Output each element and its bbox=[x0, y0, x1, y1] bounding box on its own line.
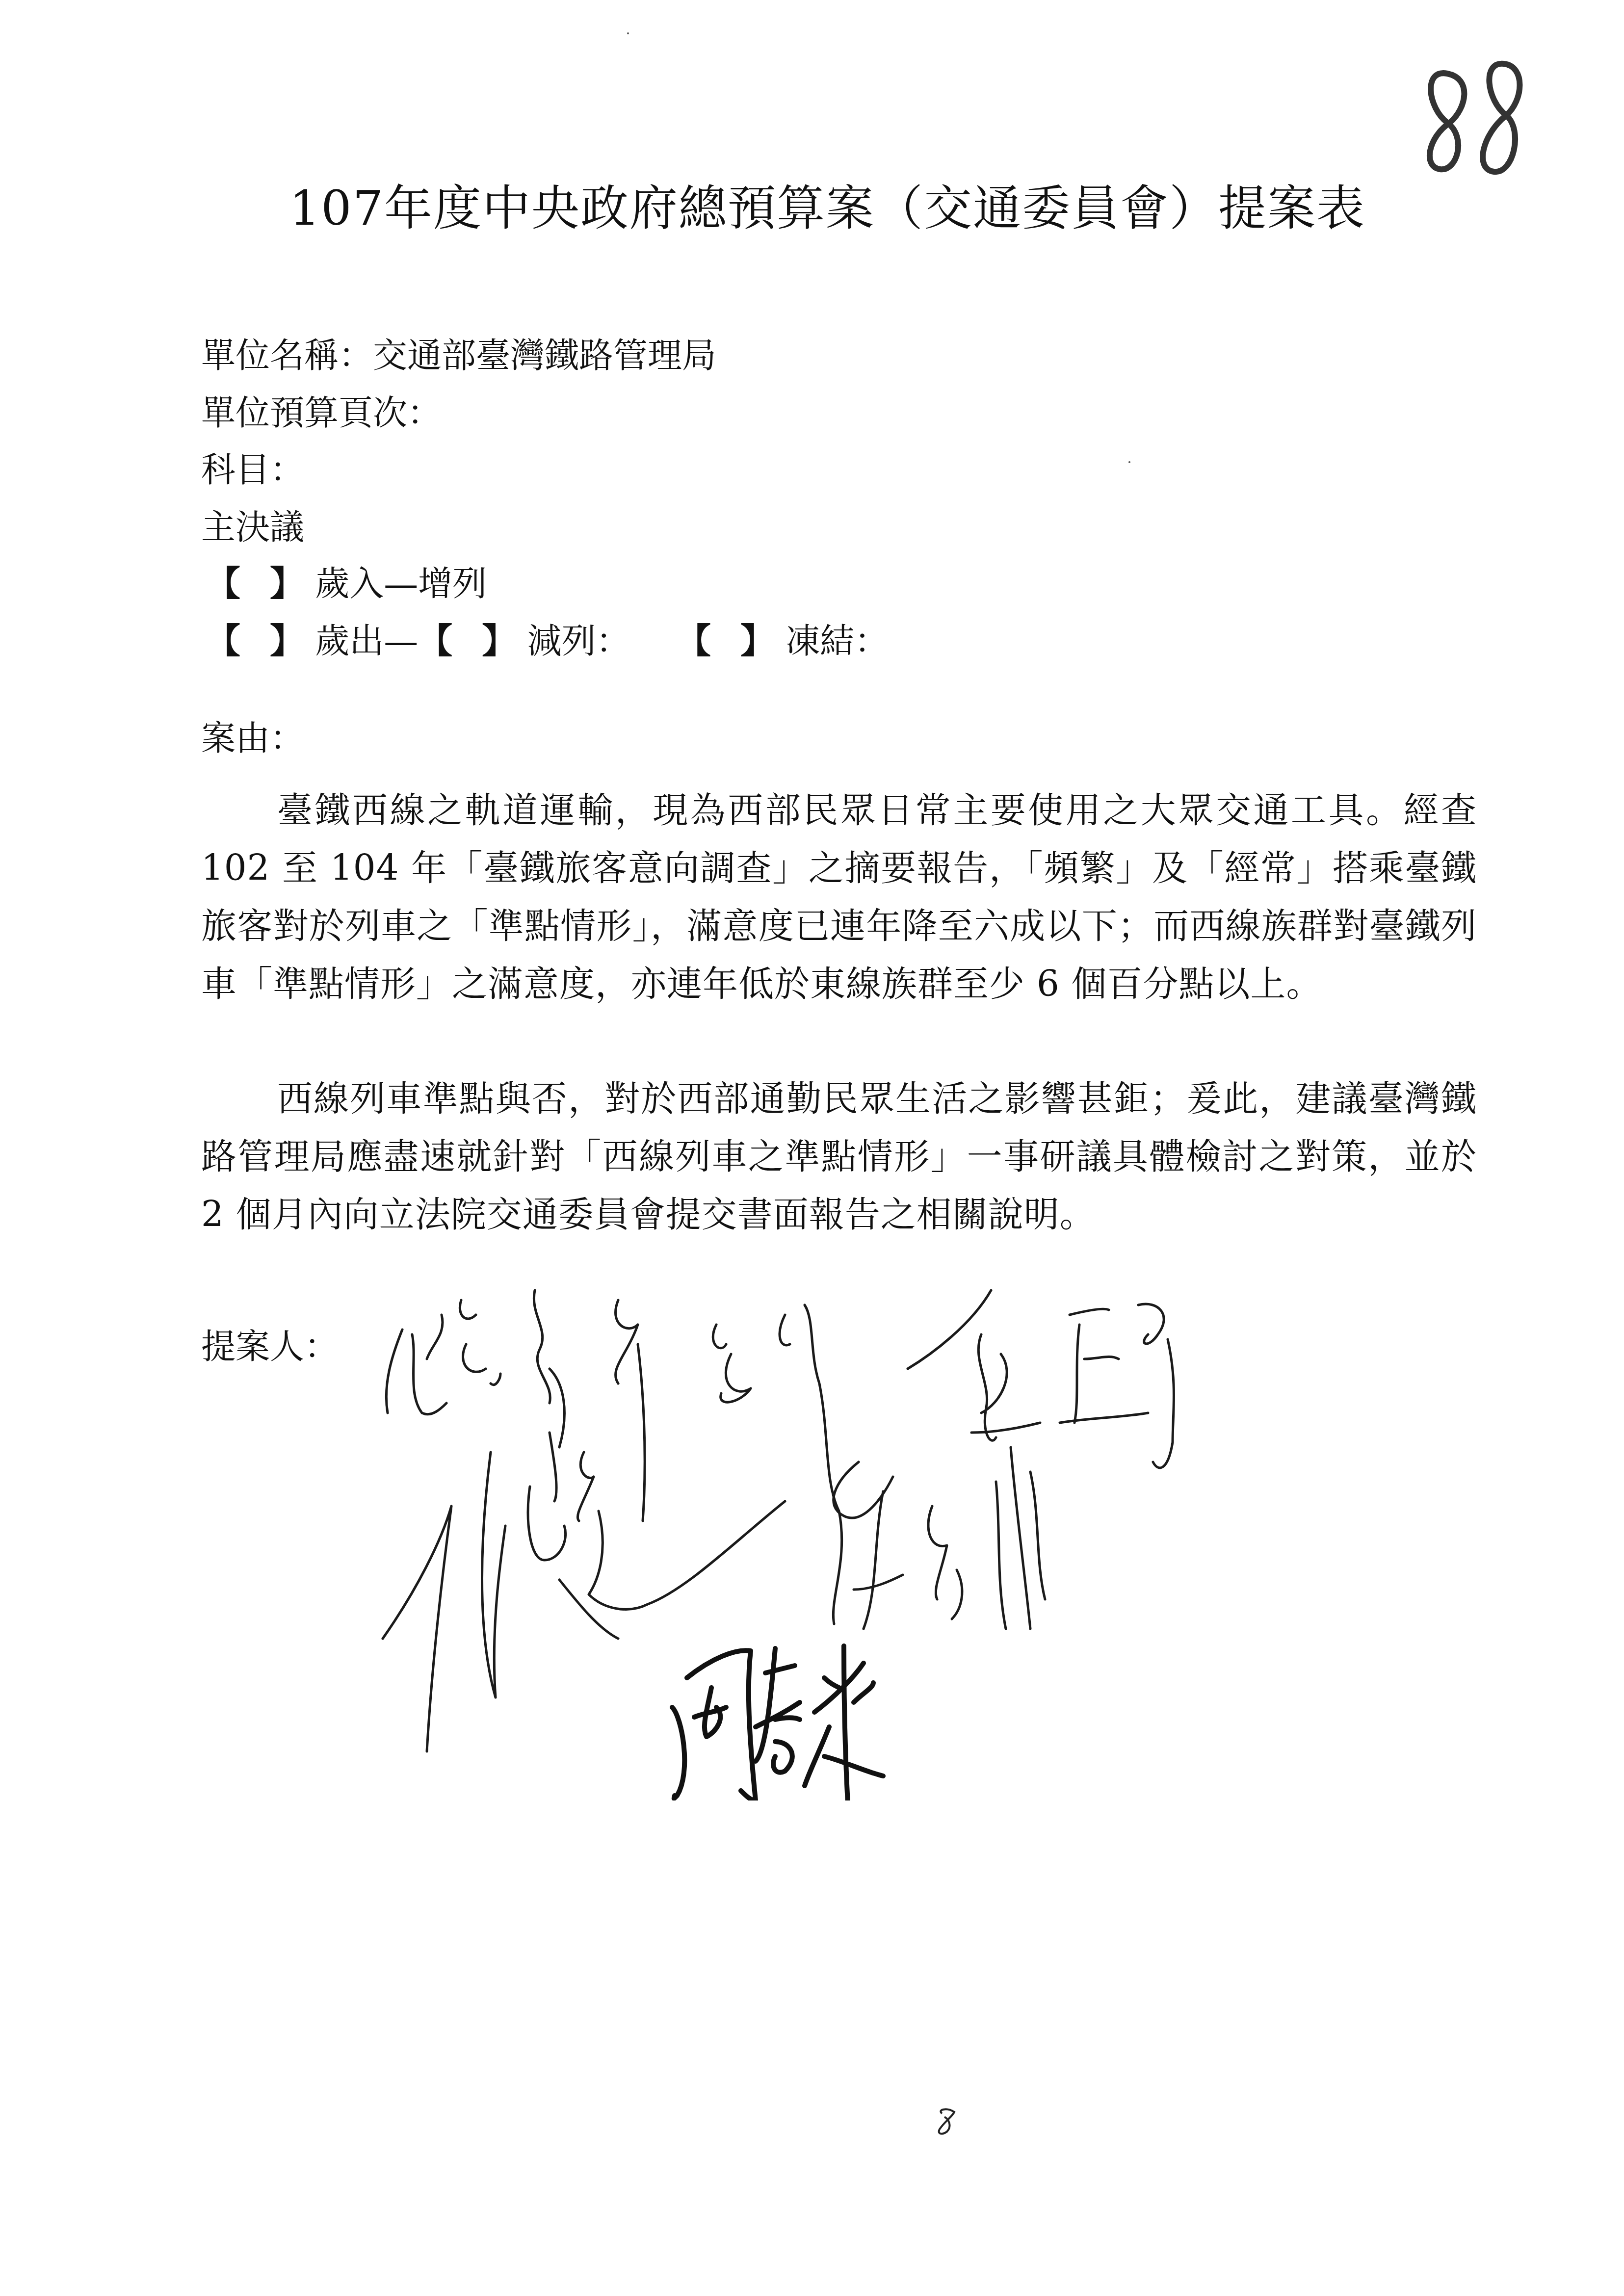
revenue-row: 【】 歲入—增列 bbox=[206, 562, 487, 606]
document-title: 107年度中央政府總預算案（交通委員會）提案表 bbox=[289, 177, 1418, 240]
expenditure-checkbox-close[interactable]: 】 bbox=[270, 619, 304, 663]
reduce-label: 減列： bbox=[527, 621, 630, 661]
freeze-checkbox-close[interactable]: 】 bbox=[740, 619, 775, 663]
handwritten-page-number bbox=[1413, 54, 1541, 186]
freeze-checkbox-open[interactable]: 【 bbox=[677, 619, 711, 663]
reduce-checkbox-open[interactable]: 【 bbox=[418, 619, 452, 663]
expenditure-checkbox-open[interactable]: 【 bbox=[206, 619, 240, 663]
revenue-checkbox-open[interactable]: 【 bbox=[206, 562, 240, 606]
freeze-label: 凍結： bbox=[786, 621, 889, 661]
subject-field: 科目： bbox=[201, 448, 304, 492]
proposer-signatures bbox=[343, 1285, 1423, 1800]
footer-page-number bbox=[932, 2105, 962, 2139]
reason-paragraph-1: 臺鐵西線之軌道運輸，現為西部民眾日常主要使用之大眾交通工具。經查 102 至 1… bbox=[201, 781, 1477, 1013]
expenditure-label: 歲出— bbox=[315, 621, 418, 661]
scan-artifact bbox=[627, 32, 629, 34]
unit-budget-page-field: 單位預算頁次： bbox=[201, 391, 442, 435]
proposer-label: 提案人： bbox=[201, 1325, 339, 1369]
scan-artifact bbox=[1128, 461, 1130, 463]
reduce-checkbox-close[interactable]: 】 bbox=[482, 619, 516, 663]
revenue-label: 歲入—增列 bbox=[315, 564, 487, 604]
unit-name-field: 單位名稱：交通部臺灣鐵路管理局 bbox=[201, 334, 716, 378]
reason-label: 案由： bbox=[201, 716, 304, 760]
revenue-checkbox-close[interactable]: 】 bbox=[270, 562, 304, 606]
reason-paragraph-2: 西線列車準點與否，對於西部通勤民眾生活之影響甚鉅；爰此，建議臺灣鐵路管理局應盡速… bbox=[201, 1070, 1477, 1243]
main-resolution-heading: 主決議 bbox=[201, 505, 304, 549]
expenditure-row: 【】 歲出—【】 減列： 【】 凍結： bbox=[206, 619, 889, 663]
